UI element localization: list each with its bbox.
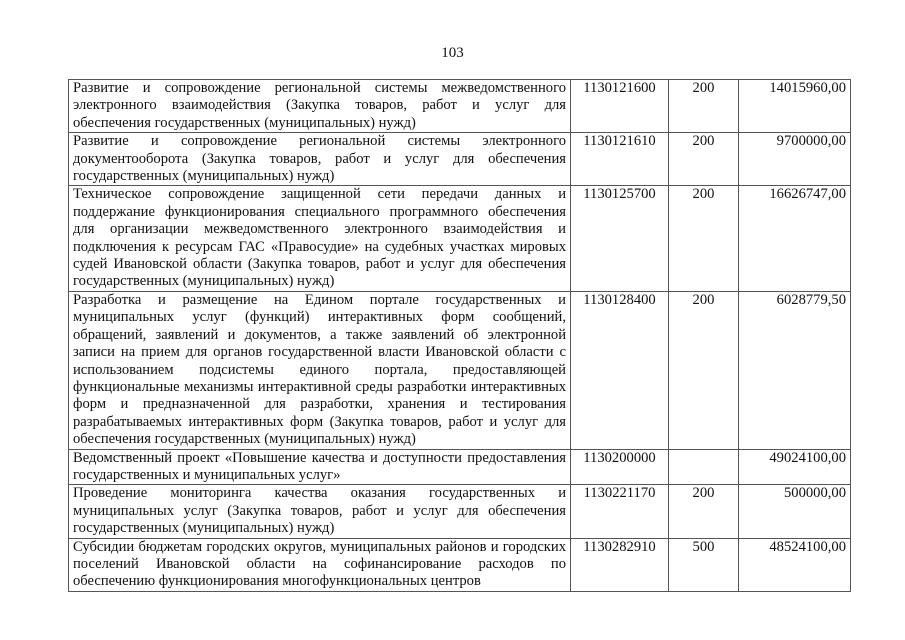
row-amount: 9700000,00 <box>739 133 851 186</box>
table-row: Проведение мониторинга качества оказания… <box>69 485 851 538</box>
table-row: Субсидии бюджетам городских округов, мун… <box>69 538 851 591</box>
row-name: Ведомственный проект «Повышение качества… <box>69 449 571 485</box>
budget-table: Развитие и сопровождение региональной си… <box>68 79 851 592</box>
row-name: Субсидии бюджетам городских округов, мун… <box>73 539 566 591</box>
row-expense-type: 200 <box>669 485 739 538</box>
table-row: Ведомственный проект «Повышение качества… <box>69 449 851 485</box>
table-row: Техническое сопровождение защищенной сет… <box>69 186 851 291</box>
table-row: Разработка и размещение на Едином портал… <box>69 291 851 449</box>
row-name: Проведение мониторинга качества оказания… <box>69 485 571 538</box>
row-expense-type: 200 <box>669 80 739 133</box>
row-expense-type: 200 <box>669 186 739 291</box>
row-amount: 500000,00 <box>739 485 851 538</box>
row-name: Разработка и размещение на Едином портал… <box>69 291 571 449</box>
row-code: 1130121600 <box>571 80 669 133</box>
row-name: Техническое сопровождение защищенной сет… <box>69 186 571 291</box>
row-expense-type: 200 <box>669 291 739 449</box>
page-number: 103 <box>0 44 905 62</box>
row-amount: 14015960,00 <box>739 80 851 133</box>
row-code: 1130125700 <box>571 186 669 291</box>
row-code: 1130121610 <box>571 133 669 186</box>
row-name: Развитие и сопровождение региональной си… <box>69 133 571 186</box>
row-code: 1130200000 <box>571 449 669 485</box>
row-amount: 49024100,00 <box>739 449 851 485</box>
row-amount: 16626747,00 <box>739 186 851 291</box>
row-code: 1130221170 <box>571 485 669 538</box>
row-name-cell: Субсидии бюджетам городских округов, мун… <box>69 538 571 591</box>
row-expense-type <box>669 449 739 485</box>
row-code: 1130282910 <box>571 538 669 591</box>
row-expense-type: 200 <box>669 133 739 186</box>
row-expense-type: 500 <box>669 538 739 591</box>
row-code: 1130128400 <box>571 291 669 449</box>
table-row: Развитие и сопровождение региональной си… <box>69 133 851 186</box>
table-row: Развитие и сопровождение региональной си… <box>69 80 851 133</box>
row-name: Развитие и сопровождение региональной си… <box>69 80 571 133</box>
row-amount: 48524100,00 <box>739 538 851 591</box>
row-amount: 6028779,50 <box>739 291 851 449</box>
